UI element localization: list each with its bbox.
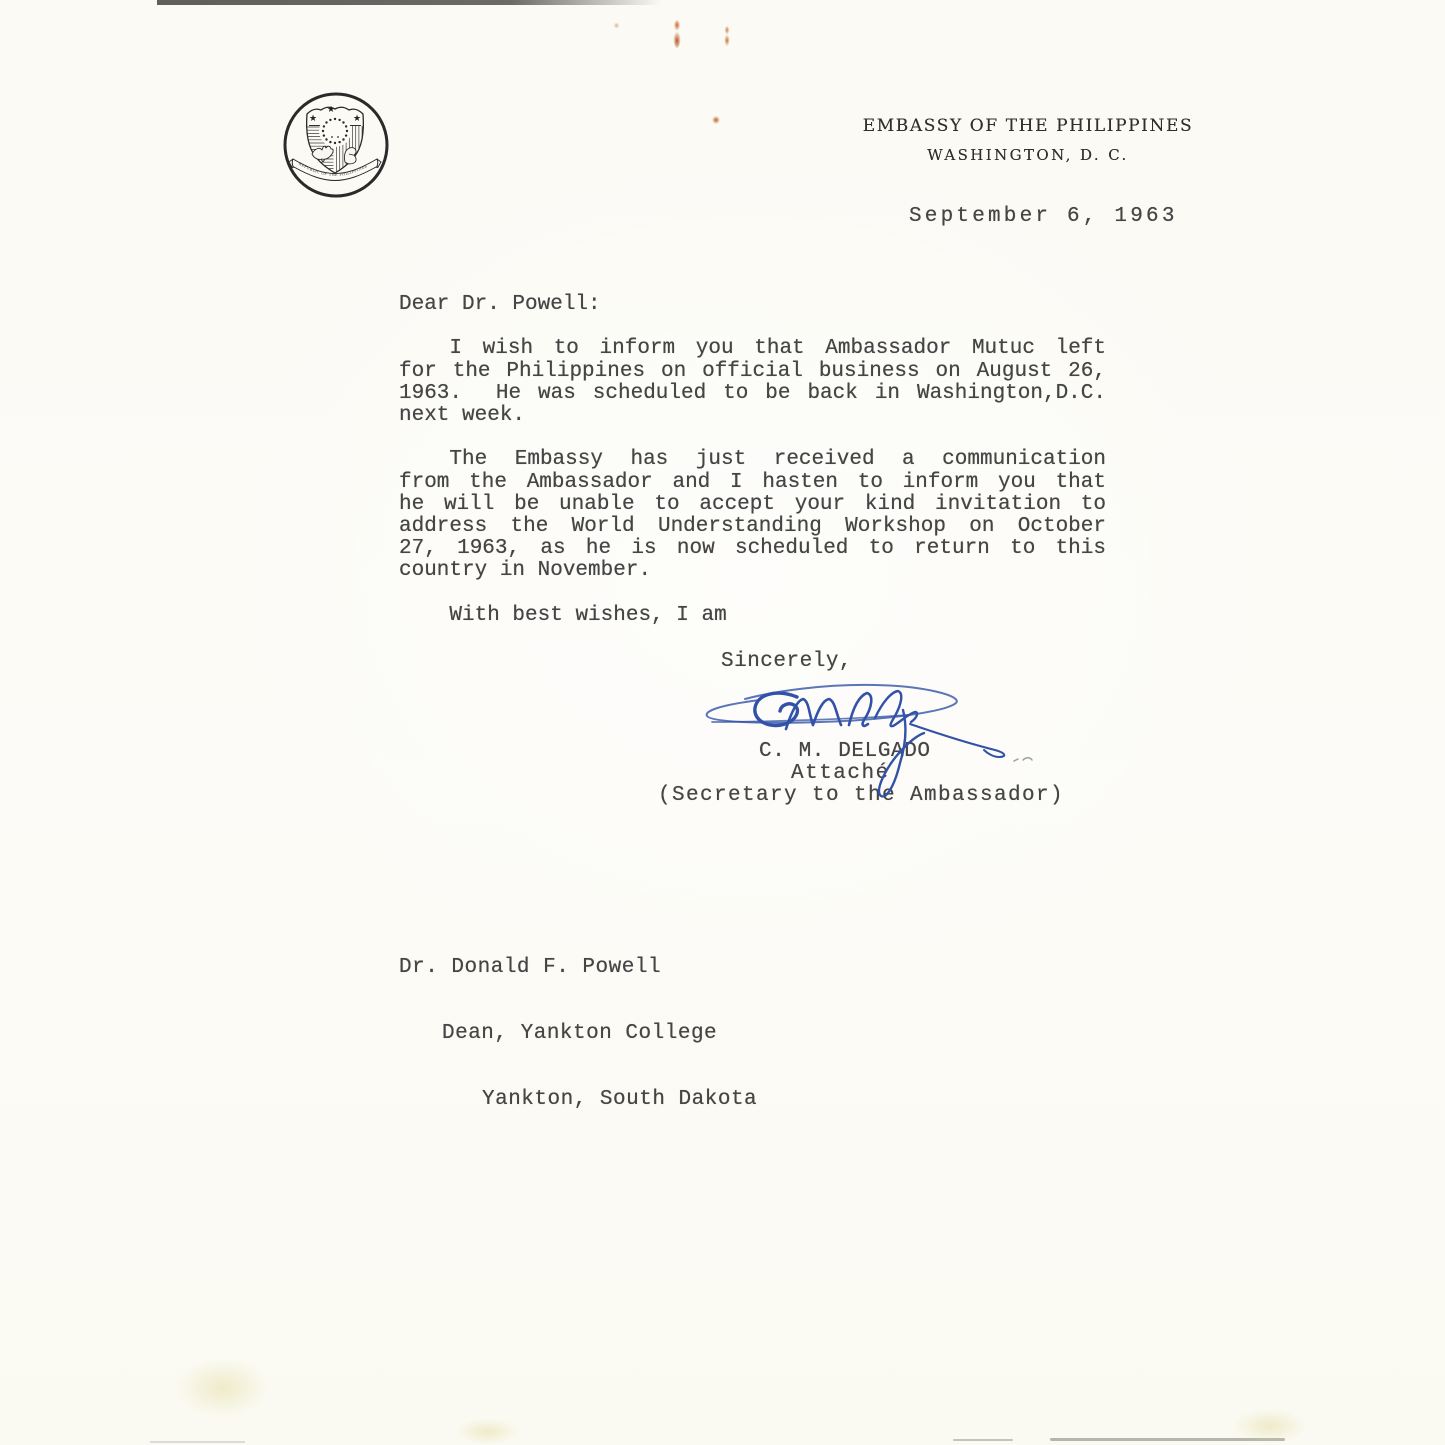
svg-text:★: ★: [353, 114, 361, 124]
letter-line: With best wishes, I am: [399, 605, 1106, 627]
paper-bottom-edge-shadow: [953, 1439, 1013, 1441]
eagle-icon: [312, 146, 333, 162]
letter-line: 27, 1963, as he is now scheduled to retu…: [399, 538, 1106, 560]
philippines-coat-of-arms-seal: ★ ★ ★ REPUBLIC OF THE PHI: [279, 88, 393, 202]
sun-icon: [319, 115, 351, 147]
letter-line: from the Ambassador and I hasten to info…: [399, 472, 1106, 494]
seal-banner-ribbon: REPUBLIC OF THE PHILIPPINES: [289, 159, 381, 181]
lion-icon: [344, 148, 356, 164]
recipient-title: Dean, Yankton College: [399, 1023, 757, 1045]
paper-smudge: [1232, 1408, 1307, 1444]
letterhead-city: WASHINGTON, D. C.: [850, 146, 1206, 164]
letter-line: for the Philippines on official business…: [399, 361, 1106, 383]
letter-line: next week.: [399, 405, 1106, 427]
handwritten-signature: [688, 664, 1048, 816]
letter-line: country in November.: [399, 560, 1106, 582]
paper-smudge: [455, 1418, 520, 1445]
rust-stain: [673, 20, 681, 48]
letter-line: Dear Dr. Powell:: [399, 294, 1106, 316]
letter-line: I wish to inform you that Ambassador Mut…: [399, 338, 1106, 360]
rust-stain: [712, 116, 720, 124]
recipient-location: Yankton, South Dakota: [399, 1089, 757, 1111]
svg-text:★: ★: [309, 114, 317, 124]
rust-stain: [614, 22, 619, 29]
paper-bottom-edge-shadow: [150, 1441, 245, 1443]
svg-text:★: ★: [327, 105, 335, 115]
scanned-letter-page: ★ ★ ★ REPUBLIC OF THE PHI: [0, 0, 1445, 1445]
recipient-name: Dr. Donald F. Powell: [399, 957, 757, 979]
letter-body: Dear Dr. Powell: I wish to inform you th…: [399, 294, 1106, 649]
date-line: September 6, 1963: [909, 205, 1178, 228]
letter-line: 1963. He was scheduled to be back in Was…: [399, 383, 1106, 405]
letter-line: The Embassy has just received a communic…: [399, 449, 1106, 471]
letter-line: address the World Understanding Workshop…: [399, 516, 1106, 538]
letter-line: he will be unable to accept your kind in…: [399, 494, 1106, 516]
recipient-address-block: Dr. Donald F. Powell Dean, Yankton Colle…: [399, 913, 757, 1155]
letterhead-org-name: EMBASSY OF THE PHILIPPINES: [850, 116, 1206, 136]
paper-smudge: [175, 1358, 270, 1418]
paper-top-edge-shadow: [157, 0, 662, 5]
rust-stain: [724, 26, 730, 46]
